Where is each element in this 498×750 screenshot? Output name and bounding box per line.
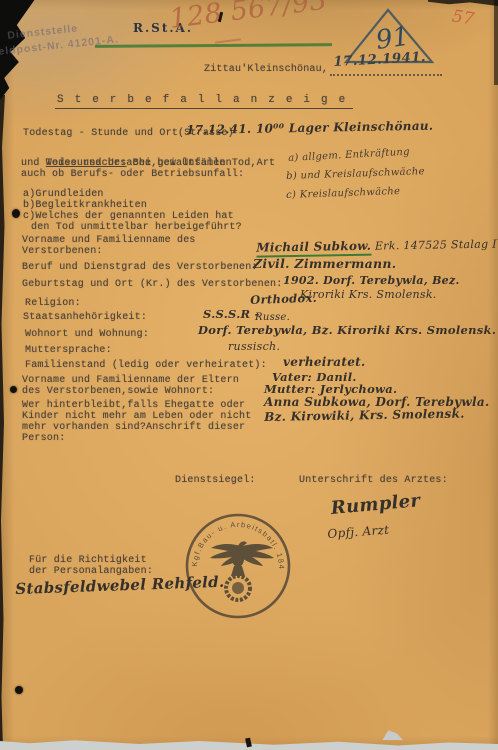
muttersprache-label: Muttersprache: — [25, 345, 112, 356]
todesursache-label-line2: und Weise und Ursache,bei Unfällen — [21, 158, 232, 169]
hinterblieben-label-line2: Kinder nicht mehr am Leben oder nicht — [22, 411, 251, 422]
punch-hole-lower — [15, 686, 23, 694]
punch-hole-upper — [12, 209, 20, 218]
eltern-label-line2: des Verstorbenen,sowie Wohnort: — [22, 386, 214, 397]
geburt-value-line1: 1902. Dorf. Terebywla, Bez. — [283, 274, 460, 287]
geburt-value-line2: Kiroriki Krs. Smolensk. — [300, 288, 437, 301]
muttersprache-value: russisch. — [228, 340, 280, 353]
geburt-label: Geburtstag und Ort (Kr.) des Verstorbene… — [22, 279, 282, 290]
name-label-line1: Vorname und Familienname des — [22, 235, 196, 246]
punch-hole-middle — [10, 386, 17, 393]
hinterblieben-label-line1: Wer hinterbleibt,falls Ehegatte oder — [22, 400, 245, 411]
official-seal-stamp: Kgf.Bau- u. Arbeitsbatl. 184 — [180, 500, 296, 632]
beruf-value: Zivil. Zimmermann. — [253, 256, 396, 271]
place-line: Zittau'Kleinschönau, — [204, 64, 328, 75]
emblem-center-smudge — [232, 582, 244, 594]
dienstsiegel-label: Dienstsiegel: — [175, 475, 256, 486]
date-dotted-line — [330, 74, 442, 76]
richtigkeit-label-line1: Für die Richtigkeit — [29, 555, 147, 566]
begleitkrankheiten-label: b)Begleitkrankheiten — [23, 200, 147, 211]
beruf-label: Beruf und Dienstgrad des Verstorbenen: — [22, 262, 258, 273]
staatsangehoerigkeit-label: Staatsanhehörigkeit: — [23, 312, 147, 323]
page-title: S t e r b e f a l l a n z e i g e — [55, 94, 353, 109]
welches-label-line2: den Tod unmittelbar herbeigeführt? — [31, 222, 242, 233]
hinterblieben-label-line3: mehr vorhanden sind?Anschrift dieser — [22, 422, 245, 433]
grundleiden-label: a)Grundleiden — [23, 189, 104, 200]
familienstand-value: verheiratet. — [283, 355, 365, 369]
todesursache-label-line3: auch ob Berufs- oder Betriebsunfall: — [21, 169, 244, 180]
name-value-rest: Erk. 147525 Stalag IV B. — [371, 237, 498, 253]
hinterblieben-label-line4: Person: — [22, 433, 65, 444]
wohnort-value: Dorf. Terebywla, Bz. Kiroriki Krs. Smole… — [198, 323, 496, 337]
name-value: Michail Subkow. — [256, 239, 371, 258]
staat-value-part2: Russe. — [255, 312, 290, 323]
unterschrift-arzt-label: Unterschrift des Arztes: — [299, 475, 448, 486]
name-label-line2: Verstorbenen: — [22, 246, 103, 257]
eagle-emblem — [210, 541, 274, 600]
wohnort-label: Wohnort und Wohnung: — [25, 329, 149, 340]
welches-label-line1: c)Welches der genannten Leiden hat — [23, 211, 234, 222]
scanned-death-notice-page: Dienststelle Feldpost-Nr. 41201-A. R.St.… — [0, 0, 498, 750]
familienstand-label: Familienstand (ledig oder verheiratet): — [25, 360, 267, 371]
staat-value-part1: S.S.S.R - — [203, 307, 260, 321]
religion-label: Religion: — [25, 298, 81, 309]
religion-value: Orthodox. — [250, 291, 317, 307]
eltern-label-line1: Vorname und Familienname der Eltern — [22, 375, 239, 386]
sheet-number: 57 — [451, 6, 476, 29]
mutter-value: Mutter: Jerlychowa. — [264, 382, 397, 396]
torn-edge-right-sliver — [494, 0, 498, 85]
